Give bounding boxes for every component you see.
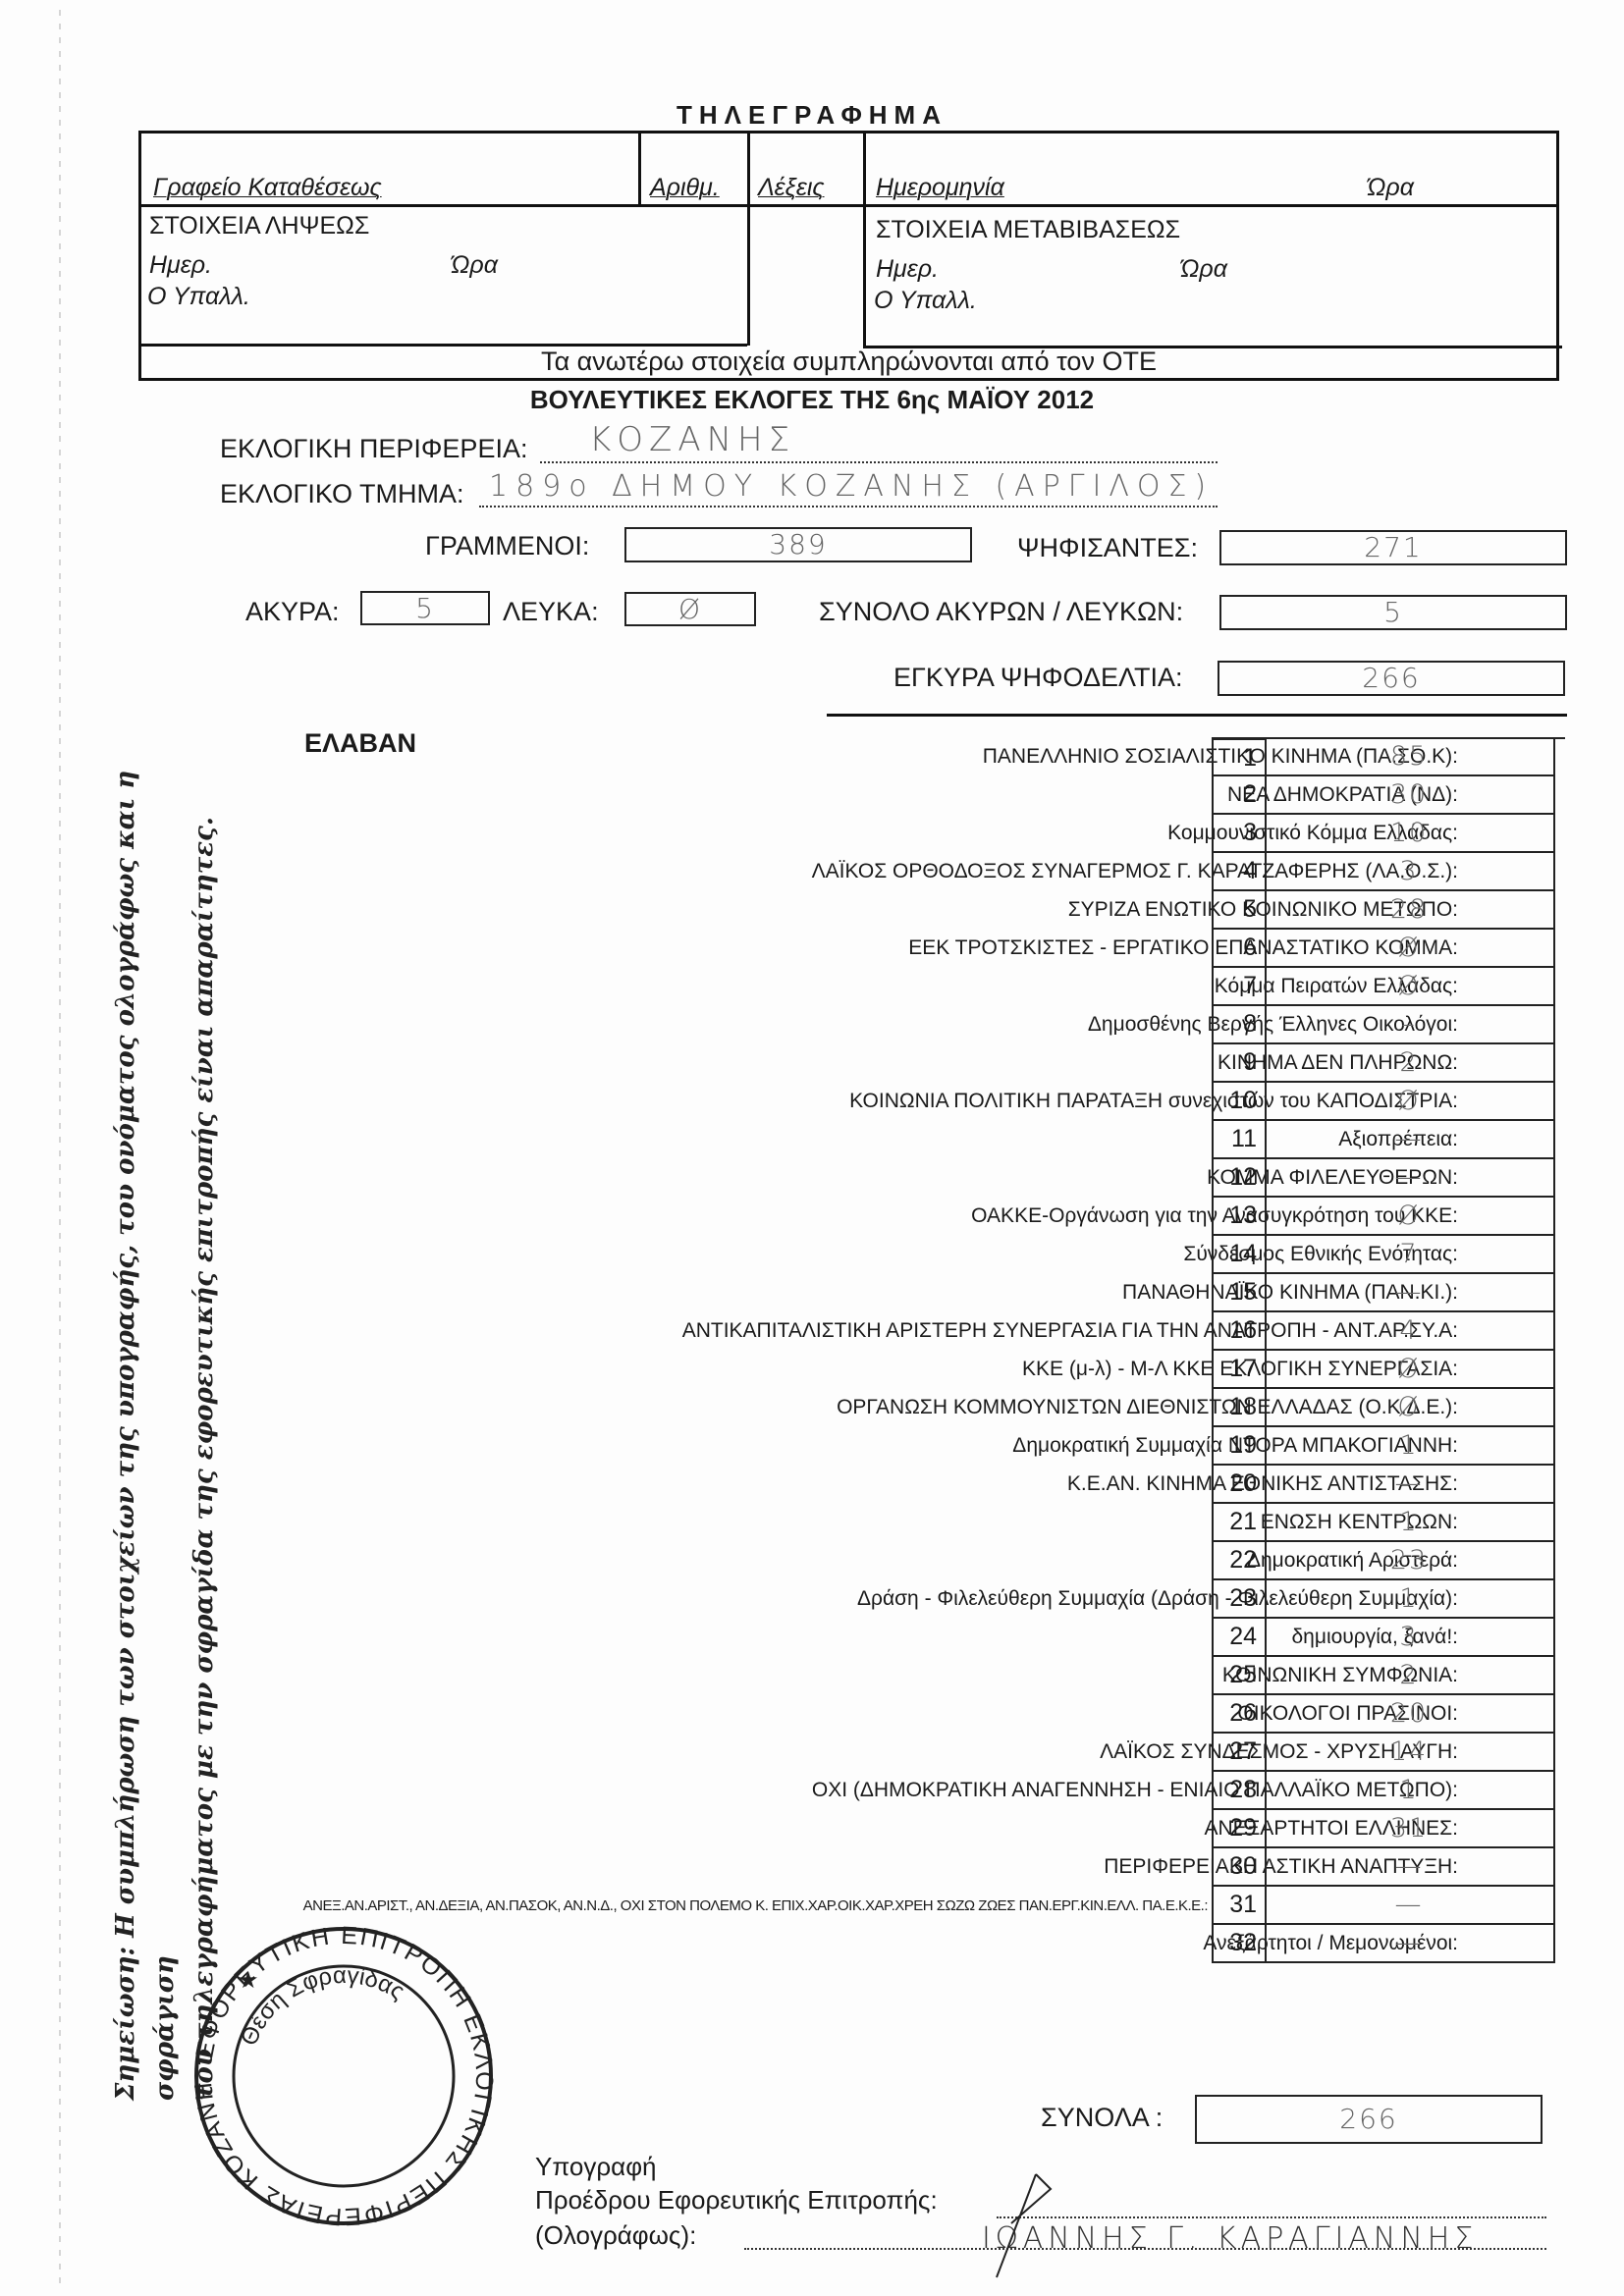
receipt-clerk-label: Ο Υπαλλ. xyxy=(147,283,250,311)
time-label: Ώρα xyxy=(1367,174,1414,202)
party-votes-field[interactable]: 4 xyxy=(1265,1312,1555,1351)
section-line xyxy=(479,506,1218,507)
party-votes-field[interactable]: — xyxy=(1265,1887,1555,1925)
side-note-line1: Σημείωση: Η συμπλήρωση των στοιχείων της… xyxy=(111,771,180,2101)
signature-line xyxy=(997,2216,1546,2218)
divider xyxy=(638,133,641,204)
party-votes-field[interactable]: 3 xyxy=(1265,1619,1555,1657)
scan-edge xyxy=(59,10,61,2287)
party-votes-field[interactable]: Ø xyxy=(1265,968,1555,1006)
party-number: 3 xyxy=(1212,815,1267,853)
committee-stamp: ΕΦΟΡΕΥΤΙΚΗ ΕΠΙΤΡΟΠΗ ΕΚΛΟΓΙΚΗΣ ΠΕΡΙΦΕΡΕΙΑ… xyxy=(187,1919,501,2233)
side-note: Σημείωση: Η συμπλήρωση των στοιχείων της… xyxy=(106,687,224,2101)
transmission-date-label: Ημερ. xyxy=(876,255,939,284)
party-votes-field[interactable]: 23 xyxy=(1265,1542,1555,1580)
party-number: 23 xyxy=(1212,1580,1267,1619)
party-row: ΚΟΙΝΩΝΙΚΗ ΣΥΜΦΩΝΙΑ:252 xyxy=(255,1657,1551,1695)
party-number: 24 xyxy=(1212,1619,1267,1657)
party-votes-field[interactable]: 2 xyxy=(1265,1657,1555,1695)
party-number: 13 xyxy=(1212,1198,1267,1236)
party-votes-field[interactable]: 3 xyxy=(1265,853,1555,891)
side-note-line2: του τηλεγραφήματος με την σφραγίδα της ε… xyxy=(189,817,219,2101)
valid-label: ΕΓΚΥΡΑ ΨΗΦΟΔΕΛΤΙΑ: xyxy=(893,663,1183,693)
valid-field[interactable]: 266 xyxy=(1218,661,1565,696)
transmission-clerk-label: Ο Υπαλλ. xyxy=(874,287,977,315)
voted-label: ΨΗΦΙΣΑΝΤΕΣ: xyxy=(1017,533,1198,563)
office-label: Γραφείο Καταθέσεως xyxy=(153,174,382,202)
signature-scribble xyxy=(977,2169,1065,2287)
party-votes-field[interactable]: Ø xyxy=(1265,1389,1555,1427)
party-row: ΠΑΝΕΛΛΗΝΙΟ ΣΟΣΙΑΛΙΣΤΙΚΟ ΚΙΝΗΜΑ (ΠΑ.ΣΟ.Κ)… xyxy=(255,738,1551,776)
party-votes-field[interactable]: Ø xyxy=(1265,1083,1555,1121)
ote-note: Τα ανωτέρω στοιχεία συμπληρώνονται από τ… xyxy=(141,345,1556,378)
star-icon: ★ xyxy=(238,1967,259,1994)
party-row: ΟΧΙ (ΔΗΜΟΚΡΑΤΙΚΗ ΑΝΑΓΕΝΝΗΣΗ - ΕΝΙΑΙΟ ΠΑΛ… xyxy=(255,1772,1551,1810)
party-row: Κομμουνιστικό Κόμμα Ελλάδας:310 xyxy=(255,815,1551,853)
party-row: ΕΕΚ ΤΡΟΤΣΚΙΣΤΕΣ - ΕΡΓΑΤΙΚΟ ΕΠΑΝΑΣΤΑΤΙΚΟ … xyxy=(255,930,1551,968)
party-number: 22 xyxy=(1212,1542,1267,1580)
party-row: ΟΡΓΑΝΩΣΗ ΚΟΜΜΟΥΝΙΣΤΩΝ ΔΙΕΘΝΙΣΤΩΝ ΕΛΛΑΔΑΣ… xyxy=(255,1389,1551,1427)
party-votes-field[interactable]: 20 xyxy=(1265,1695,1555,1734)
party-number: 16 xyxy=(1212,1312,1267,1351)
party-row: ΑΝΤΙΚΑΠΙΤΑΛΙΣΤΙΚΗ ΑΡΙΣΤΕΡΗ ΣΥΝΕΡΓΑΣΙΑ ΓΙ… xyxy=(255,1312,1551,1351)
party-votes-field[interactable]: — xyxy=(1265,1121,1555,1159)
party-row: Δημοσθένης Βεργής Έλληνες Οικολόγοι:8– xyxy=(255,1006,1551,1044)
transmission-heading: ΣΤΟΙΧΕΙΑ ΜΕΤΑΒΙΒΑΣΕΩΣ xyxy=(876,216,1180,244)
party-votes-field[interactable]: Ø xyxy=(1265,1351,1555,1389)
party-number: 8 xyxy=(1212,1006,1267,1044)
party-row: ΣΥΡΙΖΑ ΕΝΩΤΙΚΟ ΚΟΙΝΩΝΙΚΟ ΜΕΤΩΠΟ:528 xyxy=(255,891,1551,930)
party-row: Αξιοπρέπεια:11— xyxy=(255,1121,1551,1159)
party-votes-field[interactable]: 7 xyxy=(1265,1236,1555,1274)
party-votes-field[interactable]: 28 xyxy=(1265,891,1555,930)
number-label: Αριθμ. xyxy=(650,174,720,202)
total-label: ΣΥΝΟΛΑ : xyxy=(1041,2103,1163,2133)
party-number: 25 xyxy=(1212,1657,1267,1695)
signature-label-2: Προέδρου Εφορευτικής Επιτροπής: xyxy=(535,2185,938,2216)
party-votes-field[interactable]: — xyxy=(1265,1466,1555,1504)
party-votes-field[interactable]: 14 xyxy=(1265,1734,1555,1772)
receipt-heading: ΣΤΟΙΧΕΙΑ ΛΗΨΕΩΣ xyxy=(149,212,369,240)
party-votes-field[interactable]: Ø xyxy=(1265,930,1555,968)
party-row: ΛΑΪΚΟΣ ΟΡΘΟΔΟΞΟΣ ΣΥΝΑΓΕΡΜΟΣ Γ. ΚΑΡΑΤΖΑΦΕ… xyxy=(255,853,1551,891)
party-number: 2 xyxy=(1212,776,1267,815)
party-number: 28 xyxy=(1212,1772,1267,1810)
telegram-title: ΤΗΛΕΓΡΑΦΗΜΑ xyxy=(0,100,1624,131)
receipt-time-label: Ώρα xyxy=(451,251,498,280)
party-number: 26 xyxy=(1212,1695,1267,1734)
party-number: 30 xyxy=(1212,1848,1267,1887)
election-title: ΒΟΥΛΕΥΤΙΚΕΣ ΕΚΛΟΓΕΣ ΤΗΣ 6ης ΜΑΪΟΥ 2012 xyxy=(0,385,1624,415)
party-row: Κόμμα Πειρατών Ελλάδας:7Ø xyxy=(255,968,1551,1006)
party-votes-field[interactable]: — xyxy=(1265,1848,1555,1887)
registered-label: ΓΡΑΜΜΕΝΟΙ: xyxy=(425,531,589,561)
blank-label: ΛΕΥΚΑ: xyxy=(503,597,599,627)
party-votes-field[interactable]: 30 xyxy=(1265,776,1555,815)
party-number: 21 xyxy=(1212,1504,1267,1542)
telegram-top-row: Γραφείο Καταθέσεως Αριθμ. Λέξεις Ημερομη… xyxy=(141,133,1556,207)
voted-field[interactable]: 271 xyxy=(1219,530,1567,565)
party-row: ΕΝΩΣΗ ΚΕΝΤΡΩΩΝ:211 xyxy=(255,1504,1551,1542)
party-row: ΚΙΝΗΜΑ ΔΕΝ ΠΛΗΡΩΝΩ:92 xyxy=(255,1044,1551,1083)
section-value[interactable]: 189ο ΔΗΜΟΥ ΚΟΖΑΝΗΣ (ΑΡΓΙΛΟΣ) xyxy=(489,469,1214,504)
party-votes-field[interactable]: 31 xyxy=(1265,1810,1555,1848)
party-number: 14 xyxy=(1212,1236,1267,1274)
invalid-label: ΑΚΥΡΑ: xyxy=(245,597,340,627)
party-row: ΠΑΝΑΘΗΝΑΪΚΟ ΚΙΝΗΜΑ (ΠΑΝ.ΚΙ.):15— xyxy=(255,1274,1551,1312)
party-number: 11 xyxy=(1212,1121,1267,1159)
party-number: 6 xyxy=(1212,930,1267,968)
party-number: 4 xyxy=(1212,853,1267,891)
party-row: Σύνδεσμος Εθνικής Ενότητας:147 xyxy=(255,1236,1551,1274)
party-row: Δημοκρατική Αριστερά:2223 xyxy=(255,1542,1551,1580)
party-number: 31 xyxy=(1212,1887,1267,1925)
party-number: 17 xyxy=(1212,1351,1267,1389)
receipt-date-label: Ημερ. xyxy=(149,251,212,280)
party-number: 20 xyxy=(1212,1466,1267,1504)
party-row: δημιουργία, ξανά!:243 xyxy=(255,1619,1551,1657)
party-number: 1 xyxy=(1212,738,1267,776)
party-row: ΝΕΑ ΔΗΜΟΚΡΑΤΙΑ (ΝΔ):230 xyxy=(255,776,1551,815)
receipt-section: ΣΤΟΙΧΕΙΑ ΛΗΨΕΩΣ Ημερ. Ώρα Ο Υπαλλ. ΣΤΟΙΧ… xyxy=(141,204,1556,349)
party-row: ΛΑΪΚΟΣ ΣΥΝΔΕΣΜΟΣ - ΧΡΥΣΗ ΑΥΓΗ:2714 xyxy=(255,1734,1551,1772)
words-label: Λέξεις xyxy=(758,174,825,202)
party-row: ΟΑΚΚΕ-Οργάνωση για την Ανασυγκρότηση του… xyxy=(255,1198,1551,1236)
party-votes-field[interactable]: 10 xyxy=(1265,815,1555,853)
party-row: ΠΕΡΙΦΕΡΕΙΑΚΗ ΑΣΤΙΚΗ ΑΝΑΠΤΥΞΗ:30— xyxy=(255,1848,1551,1887)
party-votes-field[interactable]: – xyxy=(1265,1006,1555,1044)
party-number: 19 xyxy=(1212,1427,1267,1466)
district-value[interactable]: ΚΟΖΑΝΗΣ xyxy=(589,420,795,459)
party-votes-field[interactable]: 1 xyxy=(1265,1772,1555,1810)
party-number: 27 xyxy=(1212,1734,1267,1772)
party-row: Δράση - Φιλελεύθερη Συμμαχία (Δράση - Φι… xyxy=(255,1580,1551,1619)
total-invalid-blank-field[interactable]: 5 xyxy=(1219,595,1567,630)
section-divider xyxy=(827,714,1567,717)
party-number: 9 xyxy=(1212,1044,1267,1083)
party-number: 10 xyxy=(1212,1083,1267,1121)
telegram-box: Γραφείο Καταθέσεως Αριθμ. Λέξεις Ημερομη… xyxy=(138,131,1559,381)
party-votes-field[interactable]: — xyxy=(1265,1159,1555,1198)
party-number: 12 xyxy=(1212,1159,1267,1198)
total-field[interactable]: 266 xyxy=(1195,2095,1543,2144)
transmission-time-label: Ώρα xyxy=(1180,255,1227,284)
party-row: ΟΙΚΟΛΟΓΟΙ ΠΡΑΣΙΝΟΙ:2620 xyxy=(255,1695,1551,1734)
party-row: Δημοκρατική Συμμαχία ΝΤΟΡΑ ΜΠΑΚΟΓΙΑΝΝΗ:1… xyxy=(255,1427,1551,1466)
party-votes-field[interactable]: Ø xyxy=(1265,1198,1555,1236)
invalid-field[interactable]: 5 xyxy=(360,591,490,625)
district-label: ΕΚΛΟΓΙΚΗ ΠΕΡΙΦΕΡΕΙΑ: xyxy=(220,434,527,464)
party-votes-field[interactable]: 85 xyxy=(1265,738,1555,776)
party-number: 15 xyxy=(1212,1274,1267,1312)
party-row: Κ.Ε.ΑΝ. ΚΙΝΗΜΑ ΕΘΝΙΚΗΣ ΑΝΤΙΣΤΑΣΗΣ:20— xyxy=(255,1466,1551,1504)
date-label: Ημερομηνία xyxy=(876,174,1004,202)
party-number: 7 xyxy=(1212,968,1267,1006)
section-label: ΕΚΛΟΓΙΚΟ ΤΜΗΜΑ: xyxy=(220,479,464,509)
party-row: ΚΚΕ (μ-λ) - Μ-Λ ΚΚΕ ΕΚΛΟΓΙΚΗ ΣΥΝΕΡΓΑΣΙΑ:… xyxy=(255,1351,1551,1389)
district-line xyxy=(540,461,1218,463)
party-number: 32 xyxy=(1212,1925,1267,1963)
party-number: 29 xyxy=(1212,1810,1267,1848)
party-votes-field[interactable]: 1 xyxy=(1265,1504,1555,1542)
blank-field[interactable]: Ø xyxy=(624,592,756,626)
total-invalid-blank-label: ΣΥΝΟΛΟ ΑΚΥΡΩΝ / ΛΕΥΚΩΝ: xyxy=(819,597,1183,627)
party-row: ΑΝΕΞΑΡΤΗΤΟΙ ΕΛΛΗΝΕΣ:2931 xyxy=(255,1810,1551,1848)
party-row: ΚΟΜΜΑ ΦΙΛΕΛΕΥΘΕΡΩΝ:12— xyxy=(255,1159,1551,1198)
party-votes-field[interactable]: — xyxy=(1265,1925,1555,1963)
party-number: 18 xyxy=(1212,1389,1267,1427)
party-votes-field[interactable]: 1 xyxy=(1265,1580,1555,1619)
party-votes-field[interactable]: 1 xyxy=(1265,1427,1555,1466)
party-row: ΚΟΙΝΩΝΙΑ ΠΟΛΙΤΙΚΗ ΠΑΡΑΤΑΞΗ συνεχιστών το… xyxy=(255,1083,1551,1121)
party-votes-field[interactable]: — xyxy=(1265,1274,1555,1312)
signature-label-1: Υπογραφή xyxy=(535,2152,657,2182)
party-number: 5 xyxy=(1212,891,1267,930)
party-votes-field[interactable]: 2 xyxy=(1265,1044,1555,1083)
signature-label-3: (Ολογράφως): xyxy=(535,2220,696,2251)
registered-field[interactable]: 389 xyxy=(624,527,972,562)
